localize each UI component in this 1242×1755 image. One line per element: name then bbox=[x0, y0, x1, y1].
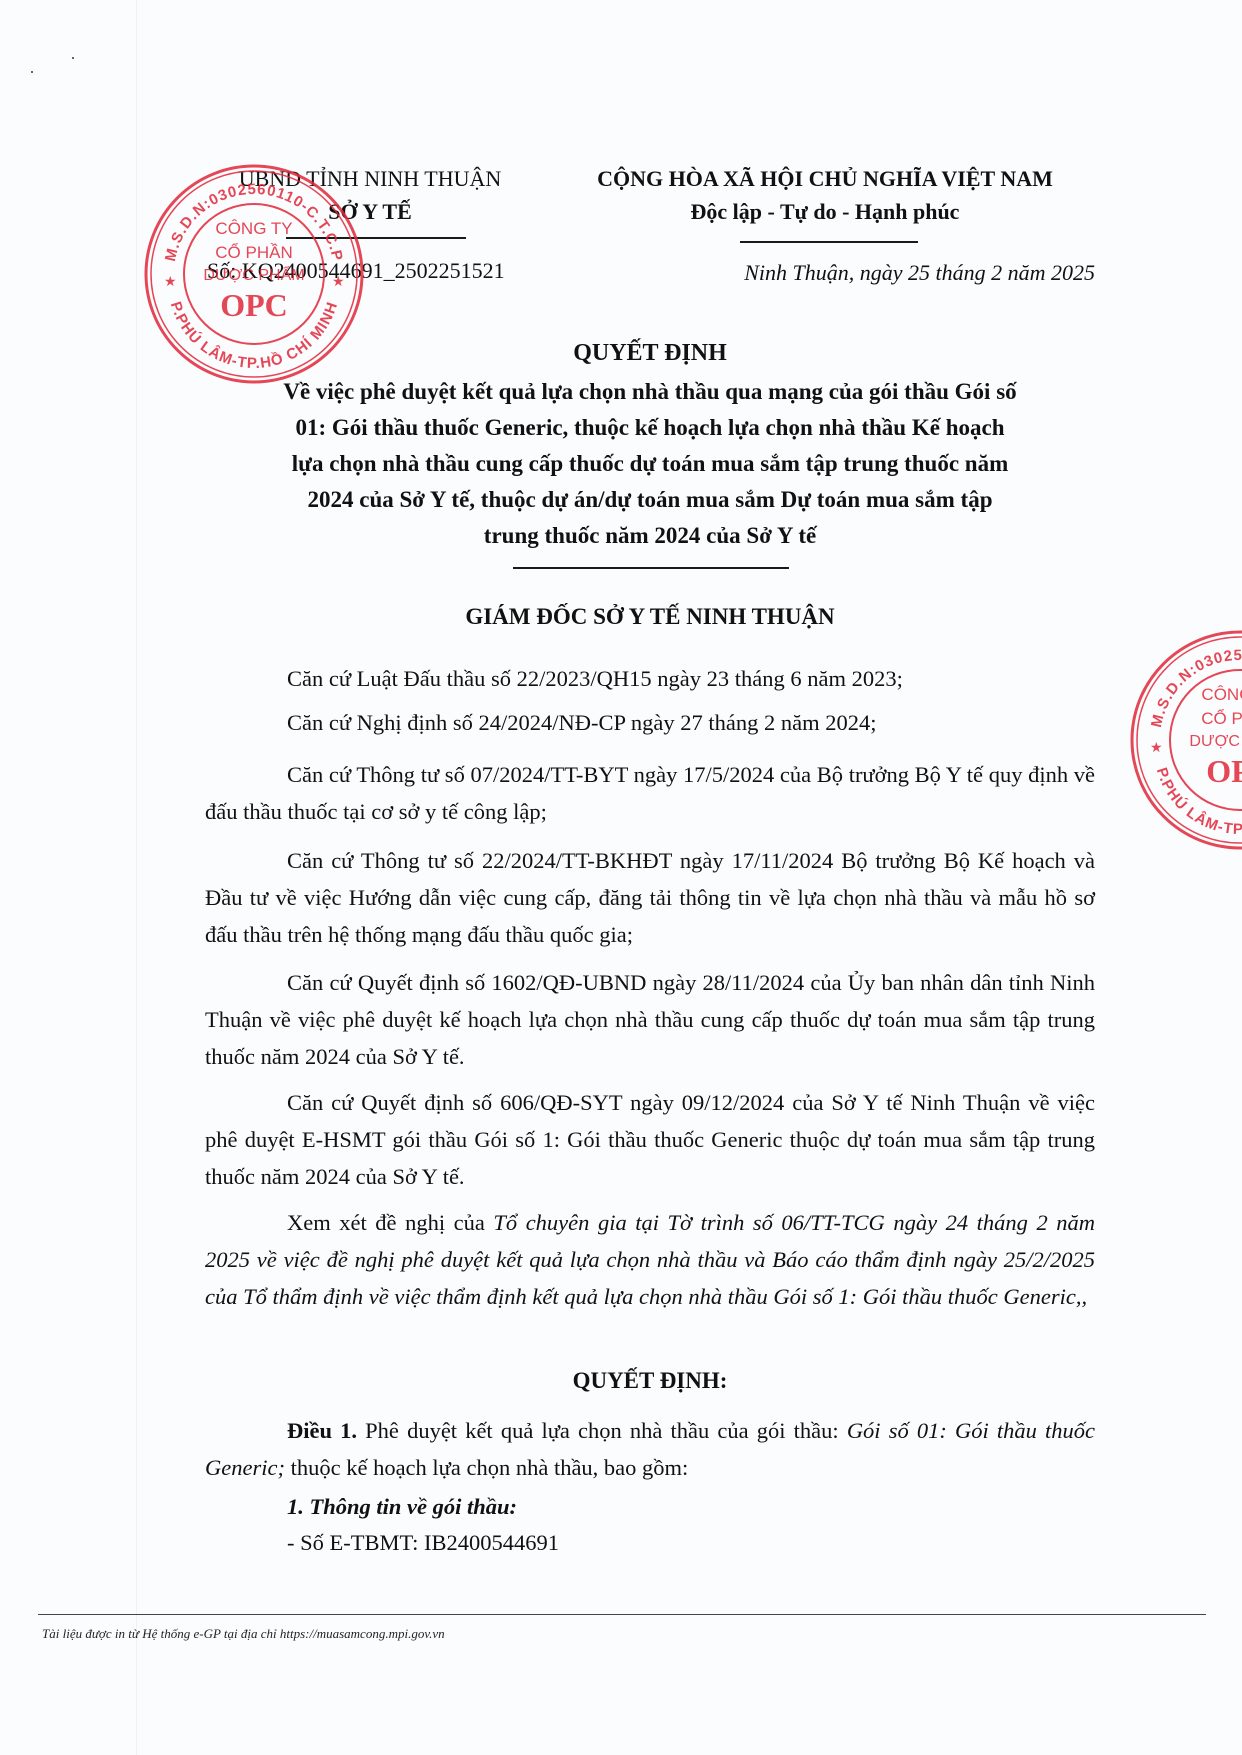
article-label: Điều 1. bbox=[287, 1418, 357, 1443]
subject-underline bbox=[513, 567, 789, 569]
legal-basis-item: Căn cứ Luật Đấu thầu số 22/2023/QH15 ngà… bbox=[205, 660, 1095, 697]
subject-line: Về việc phê duyệt kết quả lựa chọn nhà t… bbox=[205, 374, 1095, 410]
subject-line: 2024 của Sở Y tế, thuộc dự án/dự toán mu… bbox=[205, 482, 1095, 518]
package-info-item: - Số E-TBMT: IB2400544691 bbox=[287, 1524, 1087, 1561]
svg-text:DƯỢC PHẨM: DƯỢC PHẨM bbox=[1189, 731, 1242, 750]
org-underline bbox=[286, 237, 466, 239]
national-title: CỘNG HÒA XÃ HỘI CHỦ NGHĨA VIỆT NAM bbox=[555, 162, 1095, 195]
legal-basis-text: Căn cứ Thông tư số 07/2024/TT-BYT ngày 1… bbox=[205, 762, 1095, 824]
legal-basis-item: Căn cứ Thông tư số 07/2024/TT-BYT ngày 1… bbox=[205, 756, 1095, 830]
svg-text:OPC: OPC bbox=[1206, 753, 1242, 789]
scan-speck bbox=[72, 57, 74, 59]
document-subject: Về việc phê duyệt kết quả lựa chọn nhà t… bbox=[205, 374, 1095, 554]
svg-text:★: ★ bbox=[164, 273, 177, 289]
article-tail: thuộc kế hoạch lựa chọn nhà thầu, bao gồ… bbox=[285, 1455, 688, 1480]
legal-basis-item: Căn cứ Quyết định số 606/QĐ-SYT ngày 09/… bbox=[205, 1084, 1095, 1195]
issuing-authority-block: UBND TỈNH NINH THUẬN SỞ Y TẾ bbox=[200, 162, 540, 228]
organization-name: SỞ Y TẾ bbox=[200, 195, 540, 228]
issuing-authority-title: GIÁM ĐỐC SỞ Y TẾ NINH THUẬN bbox=[200, 604, 1100, 630]
legal-basis-item: Căn cứ Nghị định số 24/2024/NĐ-CP ngày 2… bbox=[205, 704, 1095, 741]
svg-text:OPC: OPC bbox=[220, 287, 288, 323]
consideration-lead: Xem xét đề nghị của bbox=[287, 1210, 493, 1235]
scan-edge-line bbox=[136, 0, 137, 1755]
svg-text:M.S.D.N:0302560110-C.T.C.P: M.S.D.N:0302560110-C.T.C.P bbox=[1148, 647, 1242, 729]
svg-text:★: ★ bbox=[1150, 739, 1163, 755]
seal-icon: M.S.D.N:0302560110-C.T.C.P P.PHÚ LÂM-TP.… bbox=[1128, 628, 1242, 852]
company-seal-stamp-partial: M.S.D.N:0302560110-C.T.C.P P.PHÚ LÂM-TP.… bbox=[1128, 628, 1242, 852]
footer-divider bbox=[38, 1614, 1206, 1615]
legal-basis-text: Căn cứ Nghị định số 24/2024/NĐ-CP ngày 2… bbox=[287, 710, 876, 735]
legal-basis-item: Căn cứ Thông tư số 22/2024/TT-BKHĐT ngày… bbox=[205, 842, 1095, 953]
subject-line: 01: Gói thầu thuốc Generic, thuộc kế hoạ… bbox=[205, 410, 1095, 446]
subject-line: lựa chọn nhà thầu cung cấp thuốc dự toán… bbox=[205, 446, 1095, 482]
article-1: Điều 1. Phê duyệt kết quả lựa chọn nhà t… bbox=[205, 1412, 1095, 1486]
parent-organization: UBND TỈNH NINH THUẬN bbox=[200, 162, 540, 195]
national-header-block: CỘNG HÒA XÃ HỘI CHỦ NGHĨA VIỆT NAM Độc l… bbox=[555, 162, 1095, 228]
legal-basis-text: Căn cứ Thông tư số 22/2024/TT-BKHĐT ngày… bbox=[205, 848, 1095, 947]
svg-text:CÔNG TY: CÔNG TY bbox=[1201, 685, 1242, 704]
national-motto: Độc lập - Tự do - Hạnh phúc bbox=[555, 195, 1095, 228]
legal-basis-text: Căn cứ Quyết định số 606/QĐ-SYT ngày 09/… bbox=[205, 1090, 1095, 1189]
consideration-paragraph: Xem xét đề nghị của Tổ chuyên gia tại Tờ… bbox=[205, 1204, 1095, 1315]
svg-text:CỔ PHẦN: CỔ PHẦN bbox=[1201, 709, 1242, 728]
decision-heading: QUYẾT ĐỊNH: bbox=[200, 1368, 1100, 1394]
section-title-text: 1. Thông tin về gói thầu: bbox=[287, 1494, 517, 1519]
legal-basis-item: Căn cứ Quyết định số 1602/QĐ-UBND ngày 2… bbox=[205, 964, 1095, 1075]
footer-note: Tài liệu được in từ Hệ thống e-GP tại đị… bbox=[42, 1626, 445, 1642]
legal-basis-text: Căn cứ Luật Đấu thầu số 22/2023/QH15 ngà… bbox=[287, 666, 903, 691]
legal-basis-text: Căn cứ Quyết định số 1602/QĐ-UBND ngày 2… bbox=[205, 970, 1095, 1069]
motto-underline bbox=[740, 241, 918, 243]
e-tbmt-number: - Số E-TBMT: IB2400544691 bbox=[287, 1530, 559, 1555]
article-text: Phê duyệt kết quả lựa chọn nhà thầu của … bbox=[357, 1418, 847, 1443]
section-title: 1. Thông tin về gói thầu: bbox=[287, 1488, 1087, 1525]
subject-line: trung thuốc năm 2024 của Sở Y tế bbox=[205, 518, 1095, 554]
svg-text:P.PHÚ LÂM-TP.HỒ CHÍ MINH: P.PHÚ LÂM-TP.HỒ CHÍ MINH bbox=[1153, 765, 1242, 838]
document-title: QUYẾT ĐỊNH bbox=[200, 340, 1100, 367]
scan-speck bbox=[31, 71, 33, 73]
document-page: UBND TỈNH NINH THUẬN SỞ Y TẾ Số: KQ24005… bbox=[0, 0, 1242, 1755]
place-and-date: Ninh Thuận, ngày 25 tháng 2 năm 2025 bbox=[560, 260, 1095, 286]
document-number: Số: KQ2400544691_2502251521 bbox=[207, 258, 505, 284]
